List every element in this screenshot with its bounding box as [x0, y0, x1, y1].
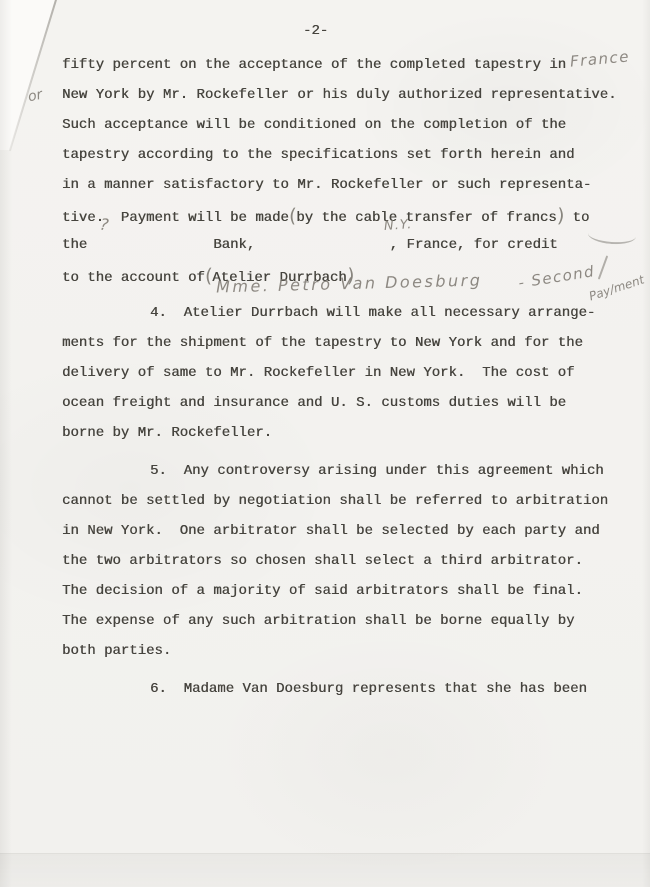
paragraph: 4. Atelier Durrbach will make all necess… [62, 298, 622, 448]
typed-segment: 5. Any controversy arising under this ag… [150, 463, 604, 479]
typed-segment: The expense of any such arbitration shal… [62, 613, 574, 629]
typed-line: both parties. [62, 636, 622, 666]
typed-segment: tapestry according to the specifications… [62, 147, 574, 163]
typed-segment: in New York. One arbitrator shall be sel… [62, 523, 600, 539]
typed-segment: 6. Madame Van Doesburg represents that s… [150, 681, 587, 697]
typed-segment: delivery of same to Mr. Rockefeller in N… [62, 365, 574, 381]
typed-segment: both parties. [62, 643, 171, 659]
typed-segment: The decision of a majority of said arbit… [62, 583, 583, 599]
typed-segment: borne by Mr. Rockefeller. [62, 425, 272, 441]
typed-line: 5. Any controversy arising under this ag… [62, 456, 622, 486]
typed-line: New York by Mr. Rockefeller or his duly … [62, 80, 622, 110]
typed-line: in New York. One arbitrator shall be sel… [62, 516, 622, 546]
paper-edge-shadow-right [642, 0, 650, 887]
handwritten-ny-note: N.Y. [384, 217, 413, 234]
paragraph: fifty percent on the acceptance of the c… [62, 50, 622, 290]
typed-segment: New York by Mr. Rockefeller or his duly … [62, 87, 617, 103]
typed-line: The expense of any such arbitration shal… [62, 606, 622, 636]
typed-line: ments for the shipment of the tapestry t… [62, 328, 622, 358]
typed-line: delivery of same to Mr. Rockefeller in N… [62, 358, 622, 388]
typed-line: the two arbitrators so chosen shall sele… [62, 546, 622, 576]
typed-line: The decision of a majority of said arbit… [62, 576, 622, 606]
typed-segment: ocean freight and insurance and U. S. cu… [62, 395, 566, 411]
paragraph: 5. Any controversy arising under this ag… [62, 456, 622, 666]
typed-line: the Bank, , France, for credit [62, 230, 622, 260]
typed-line: ocean freight and insurance and U. S. cu… [62, 388, 622, 418]
paper-edge-shadow-left [0, 0, 12, 887]
typed-segment: the two arbitrators so chosen shall sele… [62, 553, 583, 569]
typed-text: fifty percent on the acceptance of the c… [62, 50, 622, 704]
typed-segment: cannot be settled by negotiation shall b… [62, 493, 608, 509]
typed-segment: tive. Payment will be made [62, 210, 289, 226]
scanned-document-page: -2- fifty percent on the acceptance of t… [0, 0, 650, 887]
typed-segment: Such acceptance will be conditioned on t… [62, 117, 566, 133]
typed-line: borne by Mr. Rockefeller. [62, 418, 622, 448]
typed-line: tive. Payment will be made(by the cable … [62, 200, 622, 230]
paper-edge-shadow-bottom [0, 853, 650, 887]
pencil-paren-mark: ) [556, 201, 565, 231]
pencil-paren-mark: ( [288, 201, 297, 231]
typed-segment: fifty percent on the acceptance of the c… [62, 57, 566, 73]
typed-segment: the Bank, , France, for credit [62, 237, 558, 253]
typed-segment: to [564, 210, 589, 226]
pencil-paren-mark: ( [204, 261, 213, 291]
typed-segment: ments for the shipment of the tapestry t… [62, 335, 583, 351]
typed-line: in a manner satisfactory to Mr. Rockefel… [62, 170, 622, 200]
typed-segment: by the cable transfer of francs [296, 210, 556, 226]
page-number: -2- [303, 23, 328, 39]
paragraph: 6. Madame Van Doesburg represents that s… [62, 674, 622, 704]
typed-segment: in a manner satisfactory to Mr. Rockefel… [62, 177, 591, 193]
typed-line: tapestry according to the specifications… [62, 140, 622, 170]
handwritten-or-note: or [26, 87, 43, 106]
typed-line: 6. Madame Van Doesburg represents that s… [62, 674, 622, 704]
typed-line: fifty percent on the acceptance of the c… [62, 50, 622, 80]
typed-segment: 4. Atelier Durrbach will make all necess… [150, 305, 595, 321]
typed-line: 4. Atelier Durrbach will make all necess… [62, 298, 622, 328]
typed-segment: to the account of [62, 270, 205, 286]
typed-line: Such acceptance will be conditioned on t… [62, 110, 622, 140]
typed-line: cannot be settled by negotiation shall b… [62, 486, 622, 516]
